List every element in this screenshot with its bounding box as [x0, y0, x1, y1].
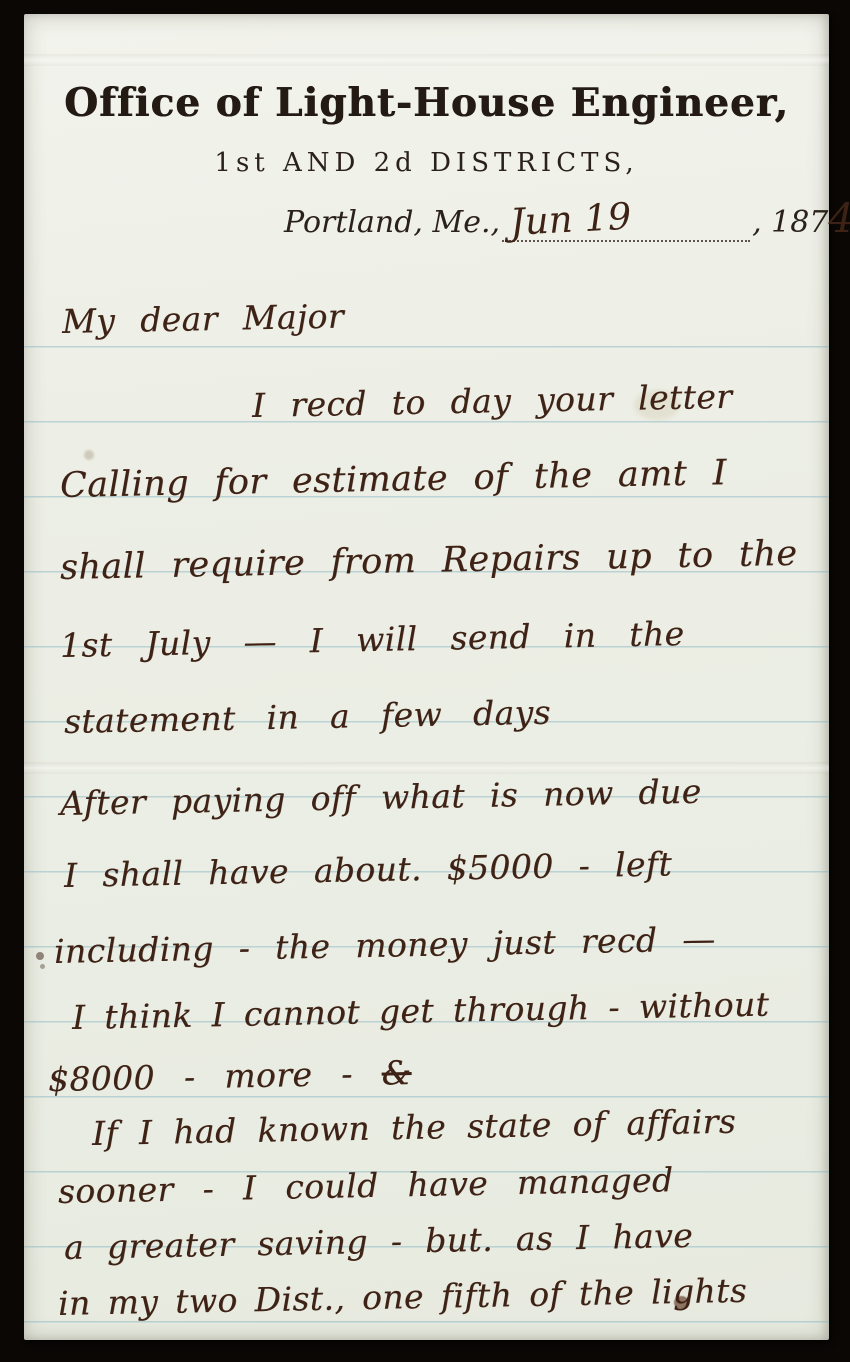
- paper-stain: [84, 450, 94, 460]
- handwritten-line: 1st July — I will send in the: [60, 614, 685, 665]
- ink-speck: [40, 964, 45, 969]
- handwritten-year-digit: 4: [828, 196, 850, 242]
- handwritten-line: including - the money just recd —: [54, 919, 716, 971]
- handwritten-line: a greater saving - but. as I have: [64, 1216, 694, 1267]
- handwritten-date: Jun 19: [502, 207, 632, 234]
- handwritten-line: After paying off what is now due: [60, 772, 702, 823]
- handwritten-line: sooner - I could have managed: [58, 1160, 674, 1211]
- handwritten-text: $8000 - more -: [48, 1054, 382, 1099]
- handwritten-line: Calling for estimate of the amt I: [60, 453, 728, 506]
- fold-crease: [24, 762, 829, 774]
- struck-out-text: &: [381, 1053, 412, 1093]
- printed-year-prefix: , 187: [752, 205, 828, 240]
- letterhead-dateline: Portland, Me.,Jun 19, 1874.: [284, 196, 850, 242]
- letter-paper: Office of Light-House Engineer, 1st AND …: [24, 14, 829, 1340]
- handwritten-line: I think I cannot get through - without: [72, 985, 770, 1037]
- salutation: My dear Major: [62, 297, 345, 341]
- scanned-letter-page: { "letterhead": { "title": "Office of Li…: [0, 0, 850, 1362]
- handwritten-line: statement in a few days: [64, 693, 552, 741]
- letterhead-districts: 1st AND 2d DISTRICTS,: [24, 148, 829, 178]
- letterhead-title: Office of Light-House Engineer,: [24, 80, 829, 126]
- handwritten-line: I shall have about. $5000 - left: [64, 844, 673, 895]
- handwritten-line: I recd to day your letter: [252, 377, 733, 425]
- handwritten-line: If I had known the state of affairs: [92, 1102, 737, 1153]
- fold-crease: [24, 54, 829, 66]
- handwritten-line: shall require from Repairs up to the: [60, 534, 798, 588]
- letterhead-place: Portland, Me.,: [284, 205, 500, 240]
- ink-speck: [36, 952, 44, 960]
- handwritten-line: in my two Dist., one fifth of the lights: [58, 1271, 748, 1323]
- date-blank-line: Jun 19: [502, 205, 750, 242]
- handwritten-line: $8000 - more - &: [48, 1053, 412, 1099]
